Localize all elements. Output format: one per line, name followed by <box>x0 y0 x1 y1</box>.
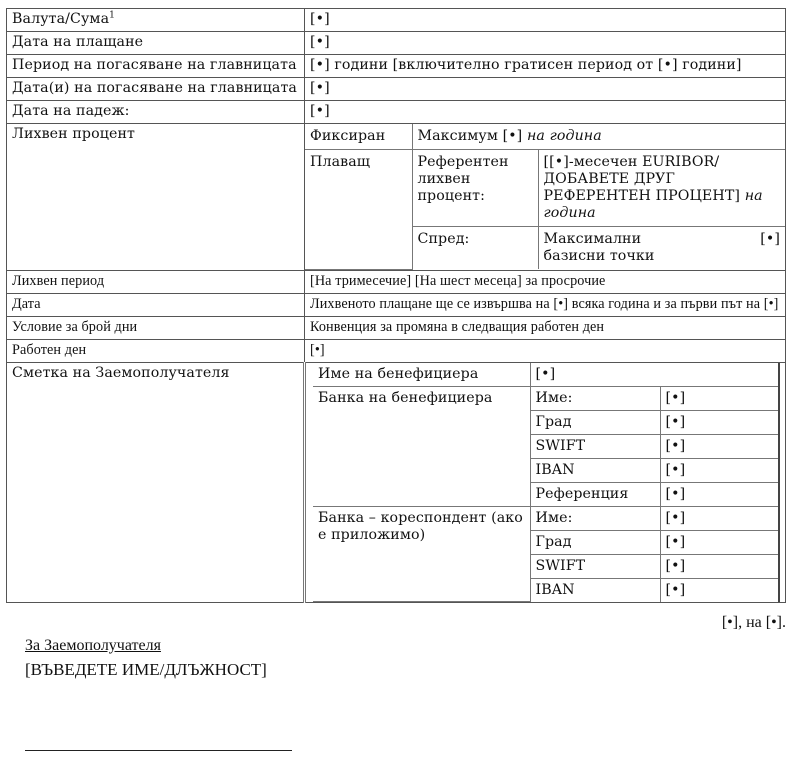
row-label: Период на погасяване на главницата <box>7 55 305 78</box>
table-row: Лихвен период [На тримесечие] [На шест м… <box>7 270 786 293</box>
account-table: Име на бенефициера [•] Банка на бенефици… <box>313 363 780 603</box>
table-row-interest-rate: Лихвен процент Фиксиран Максимум [•] на … <box>7 124 786 271</box>
table-row-account: Сметка на Заемополучателя Име на бенефиц… <box>7 362 786 603</box>
signature-block: За Заемополучателя [ВЪВЕДЕТЕ ИМЕ/ДЛЪЖНОС… <box>25 636 267 682</box>
field-label: Град <box>530 410 660 434</box>
field-value: [•] <box>660 434 779 458</box>
table-row: Период на погасяване на главницата [•] г… <box>7 55 786 78</box>
beneficiary-bank-label: Банка на бенефициера <box>313 386 530 506</box>
row-value: Конвенция за промяна в следващия работен… <box>305 316 786 339</box>
spread-label: Спред: <box>412 227 538 270</box>
row-label: Дата <box>7 293 305 316</box>
field-value: [•] <box>660 482 779 506</box>
field-label: Име: <box>530 506 660 530</box>
row-value: [•] <box>305 339 786 362</box>
field-label: Референция <box>530 482 660 506</box>
row-value: [•] <box>305 32 786 55</box>
table-row: Дата Лихвеното плащане ще се извършва на… <box>7 293 786 316</box>
account-detail: Име на бенефициера [•] Банка на бенефици… <box>305 362 786 603</box>
spread-value: Максимални[•] базисни точки <box>538 227 785 270</box>
field-value: [•] <box>660 410 779 434</box>
loan-terms-document: Валута/Сума1 [•] Дата на плащане [•] Пер… <box>6 8 786 603</box>
place-date: [•], на [•]. <box>722 614 786 632</box>
row-label: Лихвен период <box>7 270 305 293</box>
field-value: [•] <box>660 458 779 482</box>
row-label: Дата(и) на погасяване на главницата <box>7 78 305 101</box>
field-label: SWIFT <box>530 554 660 578</box>
row-label: Лихвен процент <box>7 124 305 271</box>
table-row: Дата на падеж: [•] <box>7 101 786 124</box>
floating-label: Плаващ <box>305 150 412 270</box>
name-title-placeholder: [ВЪВЕДЕТЕ ИМЕ/ДЛЪЖНОСТ] <box>25 658 267 682</box>
table-row: Валута/Сума1 [•] <box>7 9 786 32</box>
reference-rate-value: [[•]-месечен EURIBOR/ДОБАВЕТЕ ДРУГ РЕФЕР… <box>538 150 785 227</box>
interest-rate-table: Фиксиран Максимум [•] на година Плаващ Р… <box>305 124 785 270</box>
row-value: [•] <box>305 78 786 101</box>
field-value: [•] <box>660 386 779 410</box>
field-value: [•] <box>660 530 779 554</box>
field-label: IBAN <box>530 458 660 482</box>
table-row: Работен ден [•] <box>7 339 786 362</box>
terms-table: Валута/Сума1 [•] Дата на плащане [•] Пер… <box>6 8 786 603</box>
field-label: IBAN <box>530 578 660 602</box>
correspondent-bank-label: Банка – кореспондент (ако е приложимо) <box>313 506 530 602</box>
row-label: Работен ден <box>7 339 305 362</box>
row-value: [•] <box>305 101 786 124</box>
row-value: [На тримесечие] [На шест месеца] за прос… <box>305 270 786 293</box>
row-label: Сметка на Заемополучателя <box>7 362 305 603</box>
beneficiary-name-value: [•] <box>530 363 779 387</box>
row-value: [•] <box>305 9 786 32</box>
field-label: Град <box>530 530 660 554</box>
row-label: Валута/Сума1 <box>7 9 305 32</box>
field-label: Име: <box>530 386 660 410</box>
row-value: [•] години [включително гратисен период … <box>305 55 786 78</box>
interest-rate-detail: Фиксиран Максимум [•] на година Плаващ Р… <box>305 124 786 271</box>
fixed-label: Фиксиран <box>305 124 412 150</box>
field-value: [•] <box>660 578 779 602</box>
row-value: Лихвеното плащане ще се извършва на [•] … <box>305 293 786 316</box>
beneficiary-name-label: Име на бенефициера <box>313 363 530 387</box>
field-value: [•] <box>660 506 779 530</box>
row-label: Дата на плащане <box>7 32 305 55</box>
table-row: Дата(и) на погасяване на главницата [•] <box>7 78 786 101</box>
row-label: Дата на падеж: <box>7 101 305 124</box>
footnote-marker: 1 <box>109 10 115 20</box>
field-label: SWIFT <box>530 434 660 458</box>
signature-line <box>25 750 292 751</box>
row-label: Условие за брой дни <box>7 316 305 339</box>
table-row: Условие за брой дни Конвенция за промяна… <box>7 316 786 339</box>
reference-rate-label: Референтен лихвен процент: <box>412 150 538 227</box>
field-value: [•] <box>660 554 779 578</box>
fixed-value: Максимум [•] на година <box>412 124 785 150</box>
for-borrower-label: За Заемополучателя <box>25 636 267 656</box>
table-row: Дата на плащане [•] <box>7 32 786 55</box>
